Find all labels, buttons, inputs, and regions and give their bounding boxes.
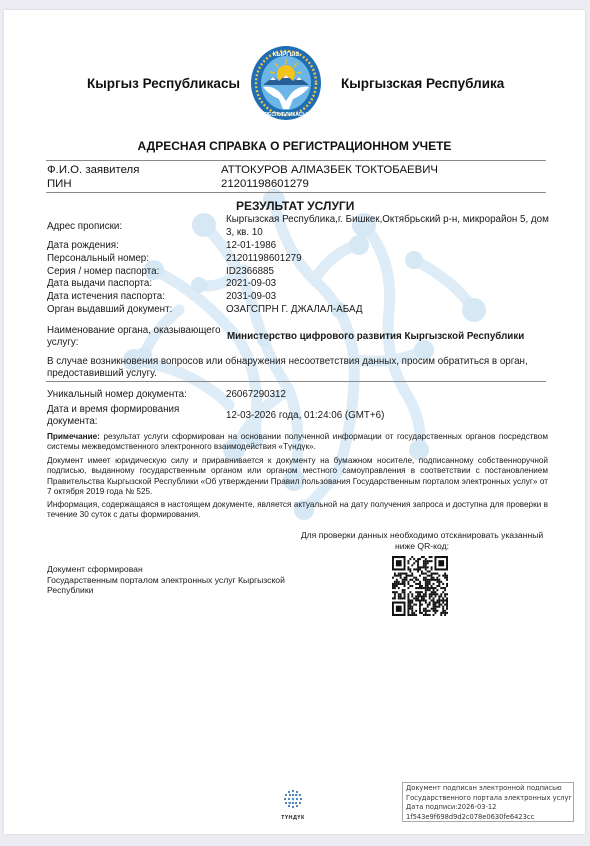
header-right-title: Кыргызская Республика (341, 76, 504, 91)
remark-paragraph: Примечание: результат услуги сформирован… (47, 432, 548, 453)
signature-hash: 1f543e9f698d9d2c078e0630fe6423cc (406, 813, 570, 822)
field-label: Персональный номер: (47, 253, 149, 264)
unique-number-value: 26067290312 (226, 389, 286, 400)
separator (46, 160, 546, 161)
datetime-value: 12-03-2026 года, 01:24:06 (GMT+6) (226, 410, 384, 421)
applicant-name-value: АТТОКУРОВ АЛМАЗБЕК ТОКТОБАЕВИЧ (221, 164, 438, 176)
signature-line2: Государственного портала электронных усл… (406, 794, 570, 804)
provider-label-line1: Наименование органа, оказывающего (47, 325, 221, 336)
result-field-row: Серия / номер паспорта:ID2366885 (47, 266, 547, 279)
validity-paragraph: Информация, содержащаяся в настоящем док… (47, 500, 548, 521)
qr-code-icon[interactable] (392, 556, 448, 616)
tunduk-logo: ТҮНДҮК (278, 788, 308, 821)
result-field-row: Орган выдавший документ:ОЗАГСПРН Г. ДЖАЛ… (47, 304, 547, 317)
kyrgyz-state-emblem-icon: КЫРГЫЗ РЕСПУБЛИКАСЫ (249, 45, 323, 121)
pin-value: 21201198601279 (221, 178, 309, 190)
remark-bold: Примечание: (47, 432, 100, 441)
legal-paragraph: Документ имеет юридическую силу и прирав… (47, 456, 548, 497)
provider-label-line2: услугу: (47, 337, 79, 348)
result-field-row: Персональный номер:21201198601279 (47, 253, 547, 266)
generated-by-line3: Республики (47, 585, 285, 596)
result-field-row: Дата выдачи паспорта:2021-09-03 (47, 278, 547, 291)
separator (46, 192, 546, 193)
generated-by-line1: Документ сформирован (47, 564, 285, 575)
result-field-row: Дата истечения паспорта:2031-09-03 (47, 291, 547, 304)
datetime-label-line2: документа: (47, 416, 98, 427)
datetime-label-line1: Дата и время формирования (47, 404, 179, 415)
generated-by-line2: Государственным порталом электронных усл… (47, 575, 285, 586)
tunduk-globe-icon (282, 788, 304, 810)
applicant-name-label: Ф.И.О. заявителя (47, 164, 139, 176)
qr-instruction: Для проверки данных необходимо отсканиро… (294, 530, 550, 551)
svg-text:РЕСПУБЛИКАСЫ: РЕСПУБЛИКАСЫ (265, 112, 308, 118)
tunduk-logo-text: ТҮНДҮК (278, 815, 308, 821)
result-field-row: Дата рождения:12-01-1986 (47, 240, 547, 253)
generated-by: Документ сформирован Государственным пор… (47, 564, 285, 596)
field-value: 12-01-1986 (226, 240, 276, 251)
unique-number-label: Уникальный номер документа: (47, 389, 187, 400)
field-label: Серия / номер паспорта: (47, 266, 159, 277)
field-value: 2031-09-03 (226, 291, 276, 302)
field-value: ID2366885 (226, 266, 274, 277)
field-value: ОЗАГСПРН Г. ДЖАЛАЛ-АБАД (226, 304, 362, 315)
qr-instruction-line2: ниже QR-код: (294, 541, 550, 552)
field-label: Дата рождения: (47, 240, 119, 251)
contact-note-line2: предоставивший услугу. (47, 368, 157, 379)
separator (46, 381, 546, 382)
document-title: АДРЕСНАЯ СПРАВКА О РЕГИСТРАЦИОННОМ УЧЕТЕ (4, 139, 585, 153)
contact-note-line1: В случае возникновения вопросов или обна… (47, 356, 528, 367)
signature-date: Дата подписи:2026-03-12 (406, 803, 570, 813)
qr-instruction-line1: Для проверки данных необходимо отсканиро… (294, 530, 550, 541)
field-label: Дата истечения паспорта: (47, 291, 165, 302)
field-label: Дата выдачи паспорта: (47, 278, 152, 289)
field-value: 2021-09-03 (226, 278, 276, 289)
address-label: Адрес прописки: (47, 221, 122, 232)
address-value-line2: 3, кв. 10 (226, 227, 263, 238)
pin-label: ПИН (47, 178, 72, 190)
document-page: Кыргыз Республикасы КЫРГЫЗ РЕСПУБЛИКАСЫ … (4, 10, 585, 834)
provider-value: Министерство цифрового развития Кыргызск… (227, 331, 524, 342)
remark-text: результат услуги сформирован на основани… (47, 432, 548, 451)
electronic-signature-box: Документ подписан электронной подписью Г… (402, 782, 574, 822)
address-value-line1: Кыргызская Республика,г. Бишкек,Октябрьс… (226, 214, 549, 225)
header-left-title: Кыргыз Республикасы (87, 76, 240, 91)
field-label: Орган выдавший документ: (47, 304, 172, 315)
svg-text:КЫРГЫЗ: КЫРГЫЗ (273, 52, 300, 58)
signature-line1: Документ подписан электронной подписью (406, 784, 570, 794)
field-value: 21201198601279 (226, 253, 302, 264)
result-heading: РЕЗУЛЬТАТ УСЛУГИ (236, 199, 354, 213)
